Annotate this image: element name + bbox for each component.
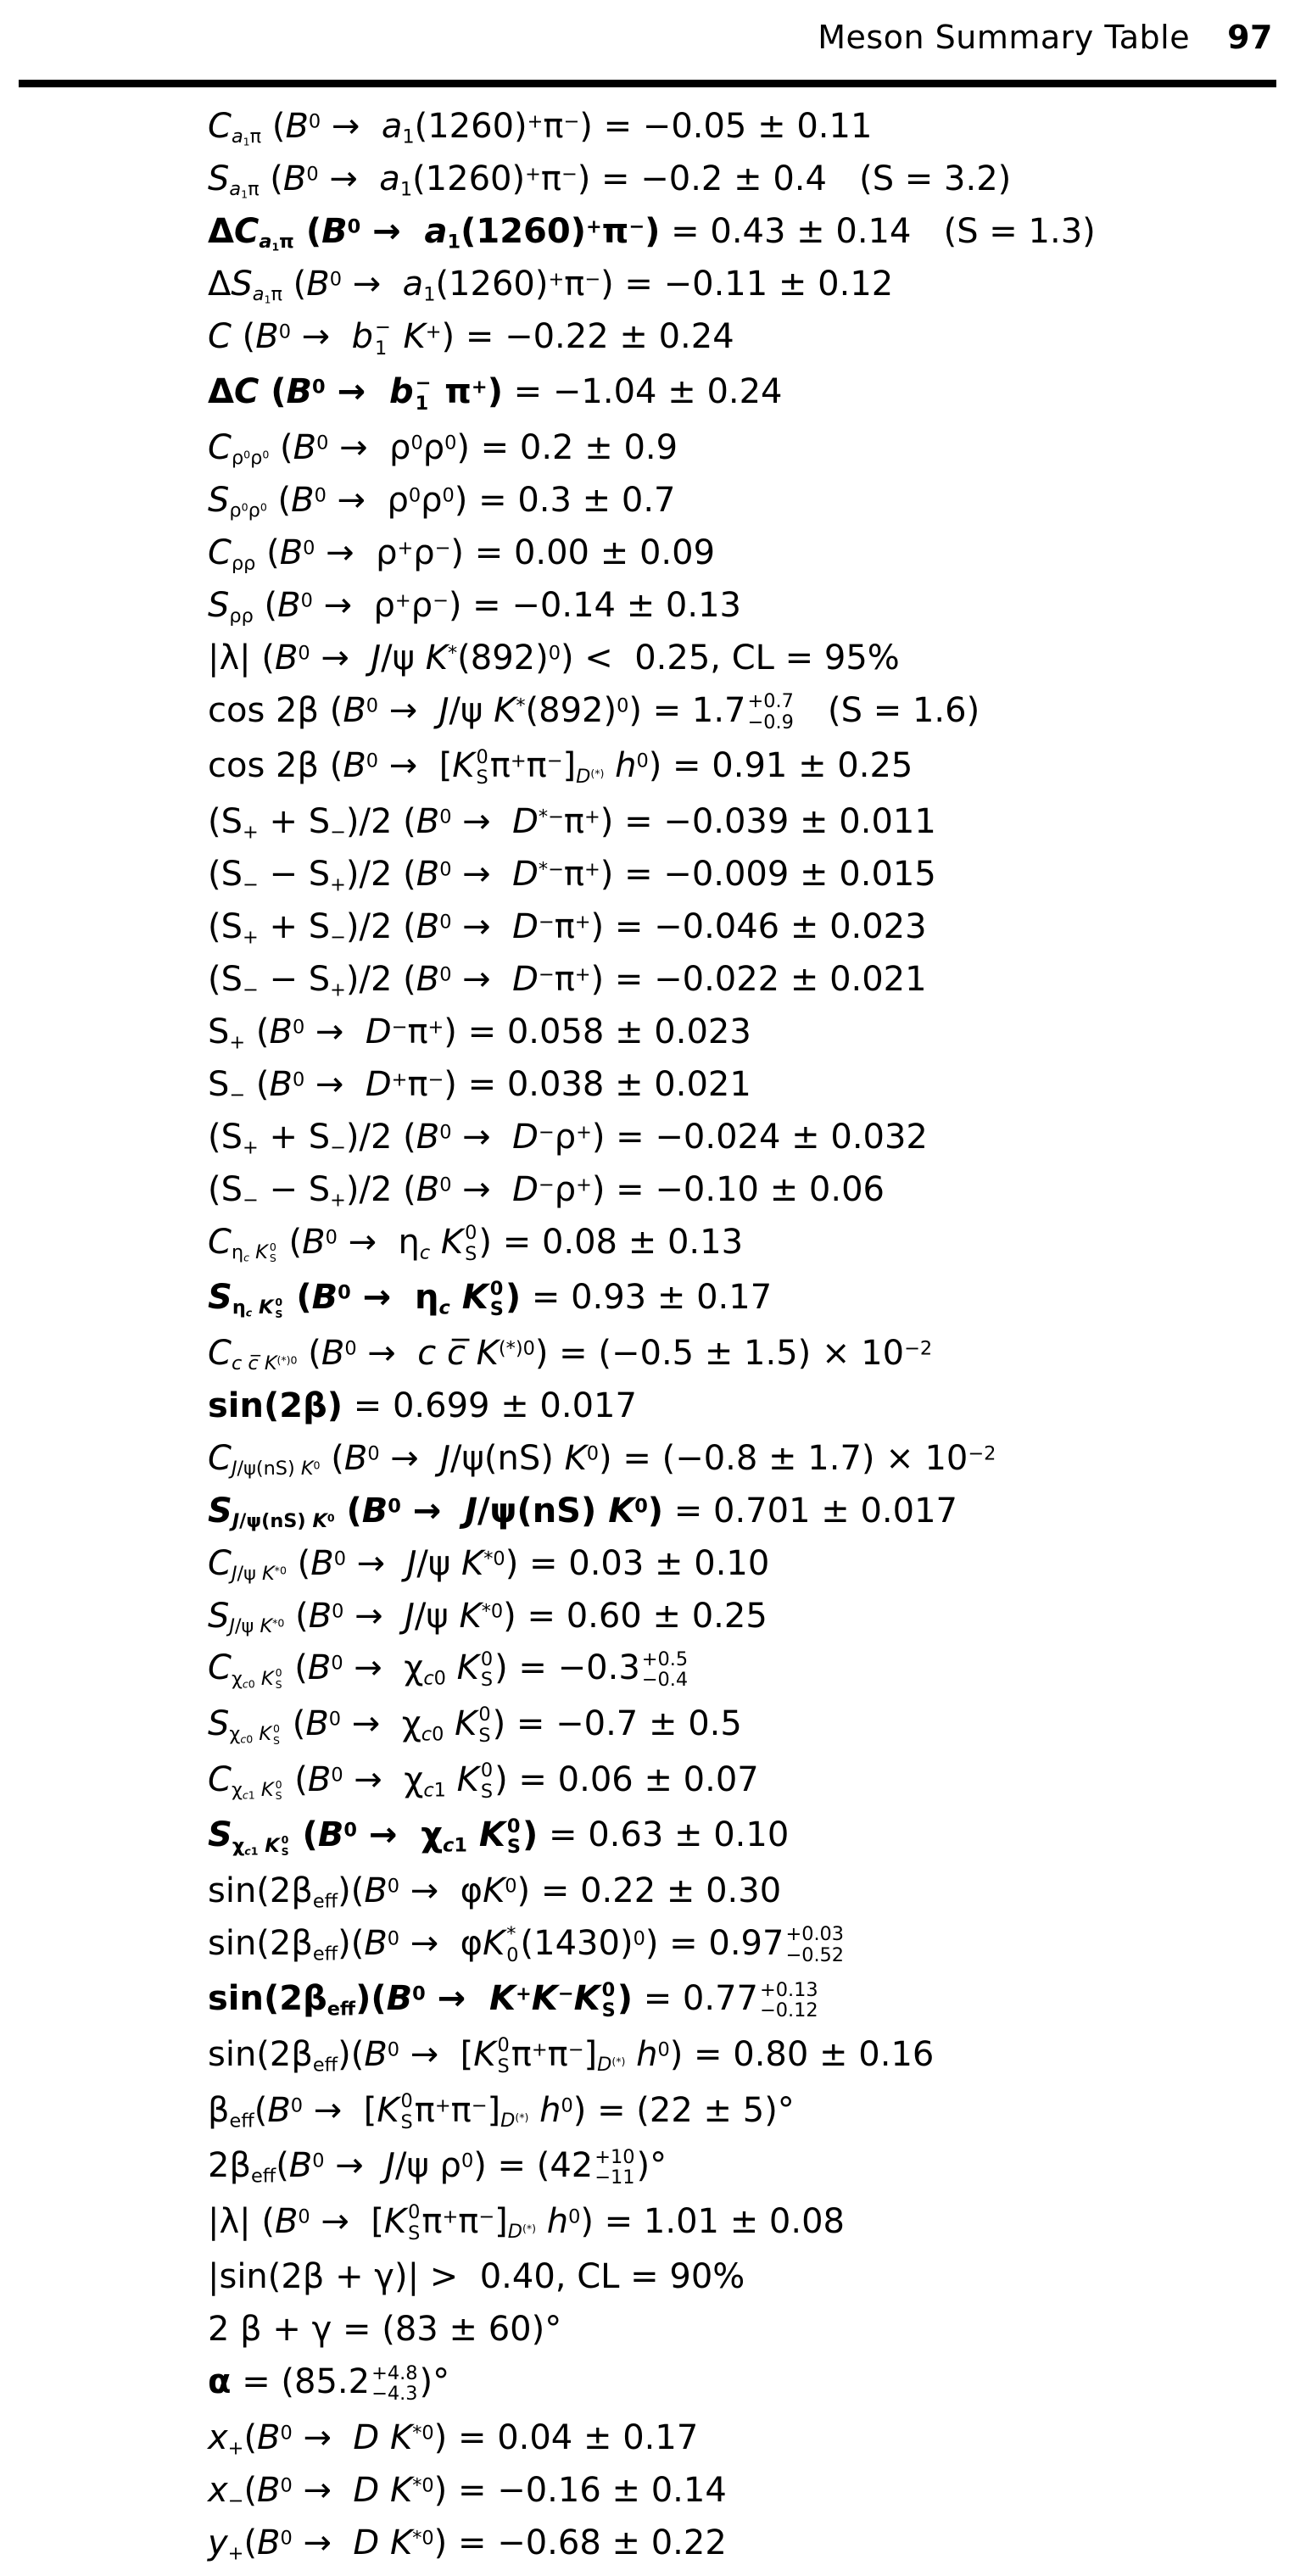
measurement-line: α = (85.2+4.8−4.3)° bbox=[208, 2362, 1276, 2405]
measurement-line: Sa1π (B0 → a1(1260)+π−) = −0.2 ± 0.4 (S … bbox=[208, 159, 1276, 198]
measurement-line: cos 2β (B0 → J/ψ K*(892)0) = 1.7+0.7−0.9… bbox=[208, 691, 1276, 733]
measurement-line: |λ| (B0 → [K0Sπ+π−]D(*) h0) = 1.01 ± 0.0… bbox=[208, 2202, 1276, 2244]
measurement-line: x+(B0 → D K*0) = 0.04 ± 0.17 bbox=[208, 2418, 1276, 2457]
header-rule bbox=[19, 80, 1276, 87]
measurement-line: Cρρ (B0 → ρ+ρ−) = 0.00 ± 0.09 bbox=[208, 533, 1276, 572]
measurement-line: S− (B0 → D+π−) = 0.038 ± 0.021 bbox=[208, 1065, 1276, 1104]
measurement-line: ΔCa1π (B0 → a1(1260)+π−) = 0.43 ± 0.14 (… bbox=[208, 212, 1276, 251]
measurement-line: Cρ0ρ0 (B0 → ρ0ρ0) = 0.2 ± 0.9 bbox=[208, 428, 1276, 467]
measurement-line: |sin(2β + γ)| > 0.40, CL = 90% bbox=[208, 2257, 1276, 2296]
measurement-line: cos 2β (B0 → [K0Sπ+π−]D(*) h0) = 0.91 ± … bbox=[208, 746, 1276, 789]
measurement-line: Ca1π (B0 → a1(1260)+π−) = −0.05 ± 0.11 bbox=[208, 107, 1276, 146]
measurement-line: Sρρ (B0 → ρ+ρ−) = −0.14 ± 0.13 bbox=[208, 586, 1276, 625]
page-number: 97 bbox=[1227, 19, 1273, 56]
measurement-line: y+(B0 → D K*0) = −0.68 ± 0.22 bbox=[208, 2523, 1276, 2562]
measurement-line: sin(2βeff)(B0 → φK0) = 0.22 ± 0.30 bbox=[208, 1871, 1276, 1910]
measurement-line: (S− − S+)/2 (B0 → D−π+) = −0.022 ± 0.021 bbox=[208, 960, 1276, 999]
measurement-line: Cηc K0S (B0 → ηc K0S) = 0.08 ± 0.13 bbox=[208, 1223, 1276, 1265]
measurement-line: sin(2β) = 0.699 ± 0.017 bbox=[208, 1386, 1276, 1425]
measurement-line: Sηc K0S (B0 → ηc K0S) = 0.93 ± 0.17 bbox=[208, 1278, 1276, 1320]
measurement-line: CJ/ψ(nS) K0 (B0 → J/ψ(nS) K0) = (−0.8 ± … bbox=[208, 1439, 1276, 1478]
measurement-line: SJ/ψ(nS) K0 (B0 → J/ψ(nS) K0) = 0.701 ± … bbox=[208, 1492, 1276, 1531]
page-header-title: Meson Summary Table bbox=[818, 19, 1190, 56]
measurement-line: Cχc1 K0S (B0 → χc1 K0S) = 0.06 ± 0.07 bbox=[208, 1760, 1276, 1803]
measurement-line: C (B0 → b−1 K+) = −0.22 ± 0.24 bbox=[208, 317, 1276, 360]
measurement-line: x−(B0 → D K*0) = −0.16 ± 0.14 bbox=[208, 2471, 1276, 2510]
measurement-line: Cc c̅ K(*)0 (B0 → c c̅ K(*)0) = (−0.5 ± … bbox=[208, 1334, 1276, 1373]
measurement-line: S+ (B0 → D−π+) = 0.058 ± 0.023 bbox=[208, 1012, 1276, 1051]
measurement-line: Sχc1 K0S (B0 → χc1 K0S) = 0.63 ± 0.10 bbox=[208, 1815, 1276, 1858]
measurement-line: ΔC (B0 → b−1 π+) = −1.04 ± 0.24 bbox=[208, 372, 1276, 415]
measurement-line: |λ| (B0 → J/ψ K*(892)0) < 0.25, CL = 95% bbox=[208, 638, 1276, 677]
measurement-line: CJ/ψ K*0 (B0 → J/ψ K*0) = 0.03 ± 0.10 bbox=[208, 1544, 1276, 1583]
document-page: Meson Summary Table97 Ca1π (B0 → a1(1260… bbox=[0, 0, 1295, 2576]
measurement-line: βeff(B0 → [K0Sπ+π−]D(*) h0) = (22 ± 5)° bbox=[208, 2091, 1276, 2133]
page-header: Meson Summary Table97 bbox=[0, 19, 1273, 56]
measurement-line: (S− − S+)/2 (B0 → D−ρ+) = −0.10 ± 0.06 bbox=[208, 1170, 1276, 1209]
measurement-line: Sχc0 K0S (B0 → χc0 K0S) = −0.7 ± 0.5 bbox=[208, 1704, 1276, 1747]
measurement-line: Cχc0 K0S (B0 → χc0 K0S) = −0.3+0.5−0.4 bbox=[208, 1648, 1276, 1691]
measurement-line: 2 β + γ = (83 ± 60)° bbox=[208, 2310, 1276, 2349]
measurement-line: sin(2βeff)(B0 → K+K−K0S) = 0.77+0.13−0.1… bbox=[208, 1979, 1276, 2021]
measurement-line: sin(2βeff)(B0 → [K0Sπ+π−]D(*) h0) = 0.80… bbox=[208, 2035, 1276, 2077]
measurement-line: (S+ + S−)/2 (B0 → D−ρ+) = −0.024 ± 0.032 bbox=[208, 1118, 1276, 1157]
measurement-line: 2βeff(B0 → J/ψ ρ0) = (42+10−11)° bbox=[208, 2146, 1276, 2188]
measurement-line: (S− − S+)/2 (B0 → D*−π+) = −0.009 ± 0.01… bbox=[208, 855, 1276, 894]
measurement-line: sin(2βeff)(B0 → φK*0(1430)0) = 0.97+0.03… bbox=[208, 1924, 1276, 1966]
measurement-line: ΔSa1π (B0 → a1(1260)+π−) = −0.11 ± 0.12 bbox=[208, 265, 1276, 304]
measurement-list: Ca1π (B0 → a1(1260)+π−) = −0.05 ± 0.11Sa… bbox=[208, 107, 1276, 2562]
measurement-line: (S+ + S−)/2 (B0 → D*−π+) = −0.039 ± 0.01… bbox=[208, 802, 1276, 841]
measurement-line: (S+ + S−)/2 (B0 → D−π+) = −0.046 ± 0.023 bbox=[208, 907, 1276, 946]
measurement-line: SJ/ψ K*0 (B0 → J/ψ K*0) = 0.60 ± 0.25 bbox=[208, 1597, 1276, 1636]
measurement-line: Sρ0ρ0 (B0 → ρ0ρ0) = 0.3 ± 0.7 bbox=[208, 481, 1276, 520]
